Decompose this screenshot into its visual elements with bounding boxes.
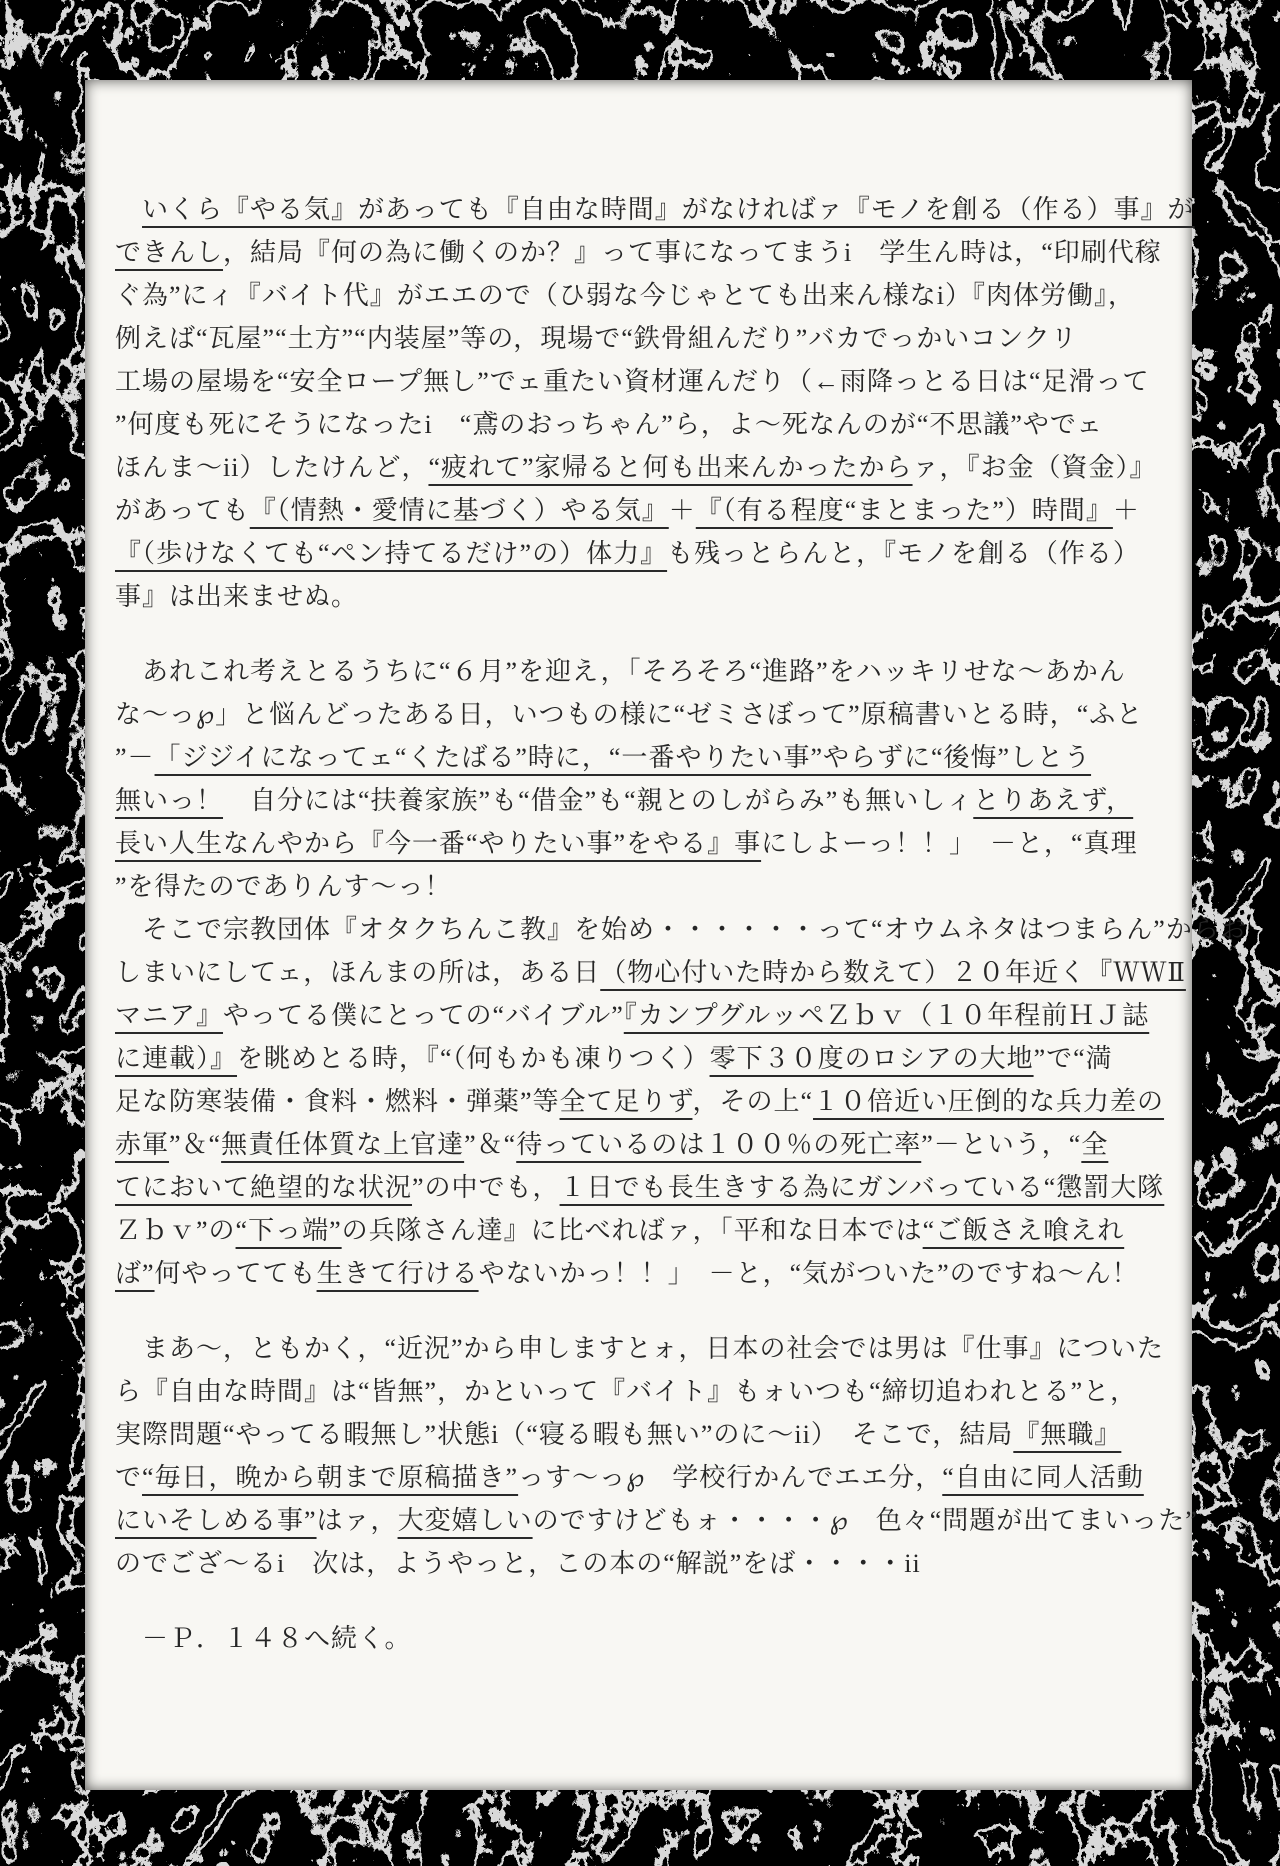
- text-line: てにおいて絶望的な状況”の中でも，１日でも長生きする為にガンバっている“懲罰大隊: [115, 1166, 1167, 1209]
- text-line: いくら『やる気』があっても『自由な時間』がなければァ『モノを創る（作る）事』が: [115, 188, 1167, 231]
- text-segment: 事』は出来ませぬ。: [115, 582, 358, 611]
- text-segment: ，結局『何の為に働くのか？』って事になってまうi 学生ん時は，“印刷代稼: [223, 238, 1162, 267]
- text-segment: で: [115, 1463, 142, 1492]
- text-segment: ”＆“: [169, 1130, 221, 1159]
- text-line: そこで宗教団体『オタクちんこ教』を始め・・・・・・って“オウムネタはつまらん”か…: [115, 908, 1167, 951]
- underlined-text: 長い人生なんやから『今一番“やりたい事”をやる』事: [115, 829, 761, 858]
- text-line: 赤軍”＆“無責任体質な上官達”＆“待っているのは１００％の死亡率”－という，“全: [115, 1123, 1167, 1166]
- text-segment: のでござ〜るi 次は，ようやっと，この本の“解説”をば・・・・ii: [115, 1549, 921, 1578]
- text-line: 足な防寒装備・食料・燃料・弾薬”等全て足りず，その上“１０倍近い圧倒的な兵力差の: [115, 1080, 1167, 1123]
- underlined-text: いくら『やる気』があっても『自由な時間』がなければァ『モノを創る（作る）事』が: [142, 195, 1194, 224]
- text-segment: ”何度も死にそうになったi “鳶のおっちゃん”ら，よ〜死なんのが“不思議”やでェ: [115, 410, 1103, 439]
- text-segment: 実際問題“やってる暇無し”状態i（“寝る暇も無い”のに〜ii） そこで，結局: [115, 1420, 1013, 1449]
- document-text: いくら『やる気』があっても『自由な時間』がなければァ『モノを創る（作る）事』がで…: [115, 188, 1167, 1692]
- text-segment: ”－: [115, 743, 155, 772]
- underlined-text: てにおいて絶望的な状況: [115, 1173, 412, 1202]
- underlined-text: ば”: [115, 1259, 155, 1288]
- text-segment: [115, 195, 142, 224]
- text-segment: ”を得たのでありんす〜っ！: [115, 872, 452, 901]
- underlined-text: “ご飯さえ喰えれ: [923, 1216, 1125, 1245]
- paragraph-continue-note: －Ｐ．１４８へ続く。: [115, 1617, 1167, 1660]
- paragraph-1: いくら『やる気』があっても『自由な時間』がなければァ『モノを創る（作る）事』がで…: [115, 188, 1167, 618]
- text-line: ”何度も死にそうになったi “鳶のおっちゃん”ら，よ〜死なんのが“不思議”やでェ: [115, 403, 1167, 446]
- underlined-text: 『カンプグルッペＺｂｖ（１０年程前ＨＪ誌: [624, 1001, 1149, 1030]
- text-segment: 足な防寒装備・食料・燃料・弾薬”等: [115, 1087, 560, 1116]
- text-segment: まあ〜，ともかく，“近況”から申しますとォ，日本の社会では男は『仕事』についた: [115, 1334, 1164, 1363]
- underlined-text: “疲れて”家帰ると何も出来んかったから: [428, 453, 912, 482]
- underlined-text: 「ジジイになってェ“くたばる”時に，“一番やりたい事”やらずに“後悔”しとう: [155, 743, 1092, 772]
- text-line: しまいにしてェ，ほんまの所は，ある日（物心付いた時から数えて）２０年近く『ＷＷⅡ: [115, 951, 1167, 994]
- text-line: ”－「ジジイになってェ“くたばる”時に，“一番やりたい事”やらずに“後悔”しとう: [115, 736, 1167, 779]
- underlined-text: 『（歩けなくても“ペン持てるだけ”の）体力』: [115, 539, 667, 568]
- text-line: ”を得たのでありんす〜っ！: [115, 865, 1167, 908]
- underlined-text: “下っ端”: [236, 1216, 342, 1245]
- underlined-text: 赤軍: [115, 1130, 169, 1159]
- paragraph-2-3: あれこれ考えとるうちに“６月”を迎え，「そろそろ“進路”をハッキリせな〜あかんな…: [115, 650, 1167, 1295]
- underlined-text: 『（有る程度“まとまった”）時間』: [696, 496, 1113, 525]
- text-segment: ”＆“: [464, 1130, 516, 1159]
- underlined-text: 全て足りず: [560, 1087, 693, 1116]
- text-segment: な〜っ℘」と悩んどったある日，いつもの様に“ゼミさぼって”原稿書いとる時，“ふと: [115, 700, 1143, 729]
- underlined-text: （物心付いた時から数えて）２０年近く『ＷＷⅡ: [600, 958, 1186, 987]
- underlined-text: 無いっ！: [115, 786, 223, 815]
- text-segment: あれこれ考えとるうちに“６月”を迎え，「そろそろ“進路”をハッキリせな〜あかん: [115, 657, 1126, 686]
- text-line: できんし，結局『何の為に働くのか？』って事になってまうi 学生ん時は，“印刷代稼: [115, 231, 1167, 274]
- text-line: ら『自由な時間』は“皆無”，かといって『バイト』もォいつも“締切追われとる”と，: [115, 1370, 1167, 1413]
- text-segment: 何やってても: [155, 1259, 317, 1288]
- paper-page: いくら『やる気』があっても『自由な時間』がなければァ『モノを創る（作る）事』がで…: [85, 80, 1192, 1790]
- paragraph-4: まあ〜，ともかく，“近況”から申しますとォ，日本の社会では男は『仕事』についたら…: [115, 1327, 1167, 1585]
- underlined-text: 生きて行ける: [317, 1259, 479, 1288]
- text-line: のでござ〜るi 次は，ようやっと，この本の“解説”をば・・・・ii: [115, 1542, 1167, 1585]
- text-line: 例えば“瓦屋”“土方”“内装屋”等の，現場で“鉄骨組んだり”バカでっかいコンクリ: [115, 317, 1167, 360]
- underlined-text: “毎日，晩から朝まで原稿描き”: [142, 1463, 518, 1492]
- text-segment: 自分には“扶養家族”も“借金”も“親とのしがらみ”も無いしィ: [223, 786, 973, 815]
- text-segment: －Ｐ．１４８へ続く。: [115, 1624, 411, 1653]
- text-segment: やないかっ！！」 －と，“気がついた”のですね〜ん！: [479, 1259, 1139, 1288]
- text-segment: ”－という，“: [921, 1130, 1081, 1159]
- text-segment: ァ，『お金（資金）』: [913, 453, 1157, 482]
- underlined-text: できんし: [115, 238, 223, 267]
- text-segment: ＋: [1113, 496, 1140, 525]
- underlined-text: 『（情熱・愛情に基づく）やる気』: [250, 496, 669, 525]
- text-line: あれこれ考えとるうちに“６月”を迎え，「そろそろ“進路”をハッキリせな〜あかん: [115, 650, 1167, 693]
- text-line: 長い人生なんやから『今一番“やりたい事”をやる』事にしよーっ！！」 －と，“真理: [115, 822, 1167, 865]
- text-segment: ，その上“: [692, 1087, 813, 1116]
- text-line: で“毎日，晩から朝まで原稿描き”っす〜っ℘ 学校行かんでエエ分，“自由に同人活動: [115, 1456, 1167, 1499]
- text-segment: を眺めとる時，『“（何もかも凍りつく）: [237, 1044, 710, 1073]
- text-segment: はァ，: [317, 1506, 398, 1535]
- text-segment: しまいにしてェ，ほんまの所は，ある日: [115, 958, 600, 987]
- text-segment: の兵隊さん達』に比べればァ，「平和な日本では: [342, 1216, 923, 1245]
- text-segment: ”で“満: [1034, 1044, 1113, 1073]
- text-line: 事』は出来ませぬ。: [115, 575, 1167, 618]
- text-line: Ｚｂｖ”の“下っ端”の兵隊さん達』に比べればァ，「平和な日本では“ご飯さえ喰えれ: [115, 1209, 1167, 1252]
- text-segment: ほんま〜ii）したけんど，: [115, 453, 428, 482]
- text-segment: ぐ為”にィ『バイト代』がエエので（ひ弱な今じゃとても出来ん様なi）『肉体労働』，: [115, 281, 1135, 310]
- underlined-text: 大変嬉しい: [398, 1506, 533, 1535]
- text-segment: 例えば“瓦屋”“土方”“内装屋”等の，現場で“鉄骨組んだり”バカでっかいコンクリ: [115, 324, 1078, 353]
- underlined-text: とりあえず，: [973, 786, 1133, 815]
- text-segment: にしよーっ！！」 －と，“真理: [761, 829, 1138, 858]
- underlined-text: にいそしめる事”: [115, 1506, 317, 1535]
- text-line: ば”何やってても生きて行けるやないかっ！！」 －と，“気がついた”のですね〜ん！: [115, 1252, 1167, 1295]
- text-segment: があっても: [115, 496, 250, 525]
- text-segment: のですけどもォ・・・・℘ 色々“問題が出てまいった”: [533, 1506, 1198, 1535]
- underlined-text: １日でも長生きする為にガンバっている“懲罰大隊: [560, 1173, 1165, 1202]
- underlined-text: 待っているのは１００％の死亡率: [516, 1130, 921, 1159]
- text-segment: も残っとらんと，『モノを創る（作る）: [667, 539, 1140, 568]
- text-line: にいそしめる事”はァ，大変嬉しいのですけどもォ・・・・℘ 色々“問題が出てまいっ…: [115, 1499, 1167, 1542]
- text-line: 無いっ！ 自分には“扶養家族”も“借金”も“親とのしがらみ”も無いしィとりあえず…: [115, 779, 1167, 822]
- text-segment: そこで宗教団体『オタクちんこ教』を始め・・・・・・って“オウムネタはつまらん”か…: [115, 915, 1247, 944]
- text-line: ぐ為”にィ『バイト代』がエエので（ひ弱な今じゃとても出来ん様なi）『肉体労働』，: [115, 274, 1167, 317]
- text-line: に連載）』を眺めとる時，『“（何もかも凍りつく）零下３０度のロシアの大地”で“満: [115, 1037, 1167, 1080]
- underlined-text: 無責任体質な上官達: [221, 1130, 464, 1159]
- text-segment: ら『自由な時間』は“皆無”，かといって『バイト』もォいつも“締切追われとる”と，: [115, 1377, 1137, 1406]
- underlined-text: マニア』: [115, 1001, 223, 1030]
- underlined-text: １０倍近い圧倒的な兵力差の: [813, 1087, 1164, 1116]
- text-line: な〜っ℘」と悩んどったある日，いつもの様に“ゼミさぼって”原稿書いとる時，“ふと: [115, 693, 1167, 736]
- text-segment: ”の中でも，: [412, 1173, 560, 1202]
- text-line: －Ｐ．１４８へ続く。: [115, 1617, 1167, 1660]
- underlined-text: に連載）』: [115, 1044, 237, 1073]
- text-line: があっても『（情熱・愛情に基づく）やる気』＋『（有る程度“まとまった”）時間』＋: [115, 489, 1167, 532]
- underlined-text: 零下３０度のロシアの大地: [710, 1044, 1034, 1073]
- text-segment: やってる僕にとっての“バイブル”: [223, 1001, 624, 1030]
- text-line: 『（歩けなくても“ペン持てるだけ”の）体力』も残っとらんと，『モノを創る（作る）: [115, 532, 1167, 575]
- text-segment: っす〜っ℘ 学校行かんでエエ分，: [518, 1463, 942, 1492]
- scanned-page: いくら『やる気』があっても『自由な時間』がなければァ『モノを創る（作る）事』がで…: [0, 0, 1280, 1866]
- underlined-text: “自由に同人活動: [942, 1463, 1144, 1492]
- text-line: 実際問題“やってる暇無し”状態i（“寝る暇も無い”のに〜ii） そこで，結局『無…: [115, 1413, 1167, 1456]
- underlined-text: 全: [1081, 1130, 1108, 1159]
- text-segment: ＋: [669, 496, 696, 525]
- text-segment: Ｚｂｖ”の: [115, 1216, 236, 1245]
- text-line: ほんま〜ii）したけんど，“疲れて”家帰ると何も出来んかったからァ，『お金（資金…: [115, 446, 1167, 489]
- text-line: マニア』やってる僕にとっての“バイブル”『カンプグルッペＺｂｖ（１０年程前ＨＪ誌: [115, 994, 1167, 1037]
- underlined-text: 『無職』: [1013, 1420, 1121, 1449]
- text-line: 工場の屋場を“安全ロープ無し”でェ重たい資材運んだり（←雨降っとる日は“足滑って: [115, 360, 1167, 403]
- text-segment: 工場の屋場を“安全ロープ無し”でェ重たい資材運んだり（←雨降っとる日は“足滑って: [115, 367, 1150, 396]
- text-line: まあ〜，ともかく，“近況”から申しますとォ，日本の社会では男は『仕事』についた: [115, 1327, 1167, 1370]
